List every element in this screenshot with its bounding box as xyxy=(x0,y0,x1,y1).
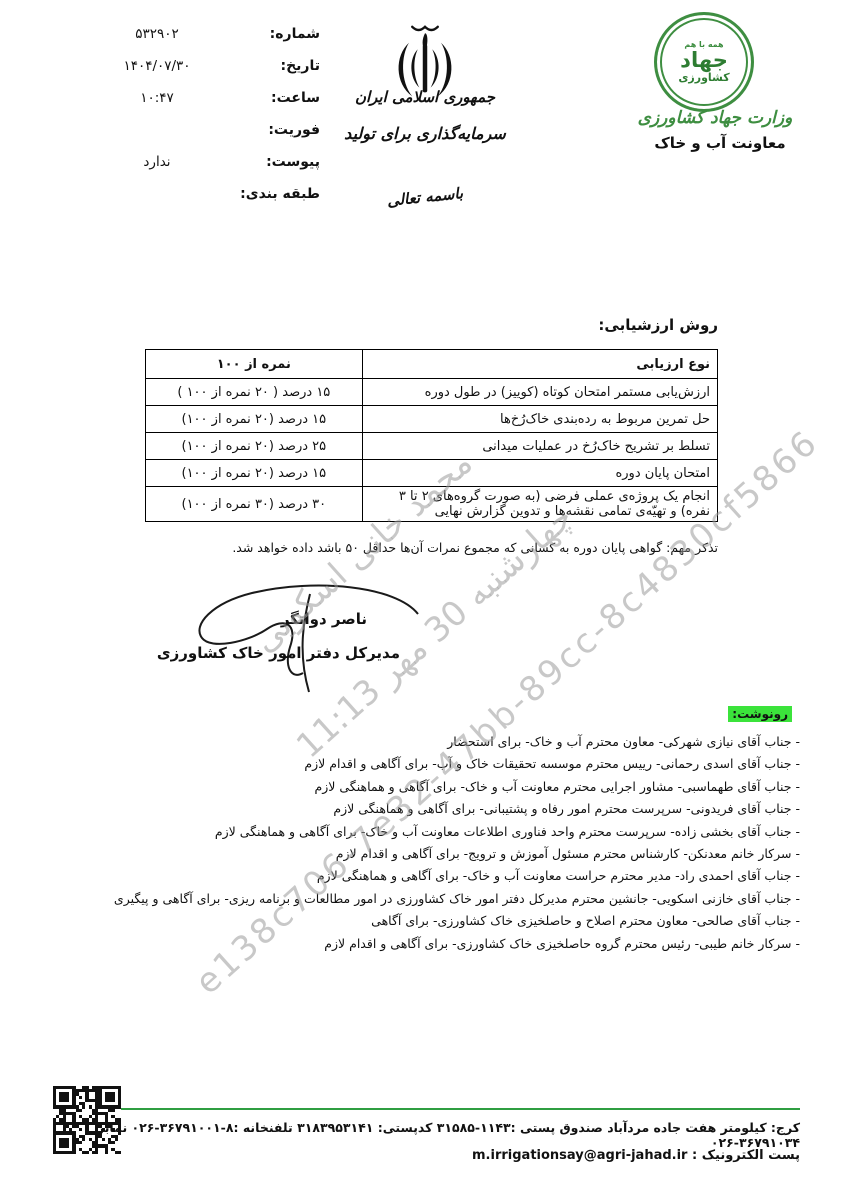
table-row: انجام یک پروژه‌ی عملی فرضی (به صورت گروه… xyxy=(146,487,718,522)
table-row: تسلط بر تشریح خاک‌رُخ در عملیات میدانی ۲… xyxy=(146,433,718,460)
cc-recipient: - سرکار خانم طیبی- رئیس محترم گروه حاصلخ… xyxy=(40,933,800,955)
year-slogan: سرمایه‌گذاری برای تولید xyxy=(320,124,530,143)
cell-evaluation-type: امتحان پایان دوره xyxy=(362,460,717,487)
important-note: تذکر مهم: گواهی پایان دوره به کسانی که م… xyxy=(232,540,718,555)
metadata-row: تاریخ: ۱۴۰۴/۰۷/۳۰ xyxy=(75,58,320,90)
table-row: حل تمرین مربوط به رده‌بندی خاک‌رُخ‌ها ۱۵… xyxy=(146,406,718,433)
cell-score: ۱۵ درصد (۲۰ نمره از ۱۰۰) xyxy=(146,460,363,487)
metadata-value xyxy=(82,122,232,154)
cc-recipient: - جناب آقای بخشی زاده- سرپرست محترم واحد… xyxy=(40,821,800,843)
metadata-label: ساعت: xyxy=(232,90,320,122)
metadata-label: طبقه بندی: xyxy=(232,186,320,218)
evaluation-table: نوع ارزیابی نمره از ۱۰۰ ارزش‌یابی مستمر … xyxy=(145,349,718,522)
metadata-label: شماره: xyxy=(232,26,320,58)
table-row: امتحان پایان دوره ۱۵ درصد (۲۰ نمره از ۱۰… xyxy=(146,460,718,487)
deputy-name: معاونت آب و خاک xyxy=(640,134,800,152)
header-score: نمره از ۱۰۰ xyxy=(146,350,363,379)
table-row: ارزش‌یابی مستمر امتحان کوتاه (کوییز) در … xyxy=(146,379,718,406)
metadata-value: ندارد xyxy=(82,154,232,186)
cc-recipient: - جناب آقای نیازی شهرکی- معاون محترم آب … xyxy=(40,731,800,753)
logo-word-agriculture: کشاورزی xyxy=(678,71,729,84)
footer-divider xyxy=(115,1108,800,1110)
cell-evaluation-type: حل تمرین مربوط به رده‌بندی خاک‌رُخ‌ها xyxy=(362,406,717,433)
metadata-row: فوریت: xyxy=(75,122,320,154)
cell-score: ۲۵ درصد (۲۰ نمره از ۱۰۰) xyxy=(146,433,363,460)
cell-evaluation-type: انجام یک پروژه‌ی عملی فرضی (به صورت گروه… xyxy=(362,487,717,522)
cc-label: رونوشت: xyxy=(728,706,792,722)
metadata-value xyxy=(82,186,232,218)
metadata-label: تاریخ: xyxy=(232,58,320,90)
section-heading: روش ارزشیابی: xyxy=(598,316,718,334)
footer-email-line: پست الکترونیک : m.irrigationsay@agri-jah… xyxy=(472,1148,800,1163)
email-label: پست الکترونیک : xyxy=(692,1148,800,1163)
metadata-row: شماره: ۵۳۲۹۰۲ xyxy=(75,26,320,58)
table-header-row: نوع ارزیابی نمره از ۱۰۰ xyxy=(146,350,718,379)
email-address: m.irrigationsay@agri-jahad.ir xyxy=(472,1148,687,1163)
cc-recipient: - جناب آقای احمدی راد- مدیر محترم حراست … xyxy=(40,865,800,887)
logo-word-jihad: جهاد xyxy=(680,49,728,71)
basmala-text: باسمه تعالی xyxy=(369,182,480,211)
metadata-row: طبقه بندی: xyxy=(75,186,320,218)
cell-score: ۳۰ درصد (۳۰ نمره از ۱۰۰) xyxy=(146,487,363,522)
cell-score: ۱۵ درصد ( ۲۰ نمره از ۱۰۰ ) xyxy=(146,379,363,406)
metadata-label: پیوست: xyxy=(232,154,320,186)
cc-list: - جناب آقای نیازی شهرکی- معاون محترم آب … xyxy=(40,731,800,955)
ministry-name: وزارت جهاد کشاورزی xyxy=(618,108,812,128)
metadata-value: ۵۳۲۹۰۲ xyxy=(82,26,232,58)
header-evaluation-type: نوع ارزیابی xyxy=(362,350,717,379)
cc-recipient: - جناب آقای فریدونی- سرپرست محترم امور ر… xyxy=(40,798,800,820)
metadata-value: ۱۴۰۴/۰۷/۳۰ xyxy=(82,58,232,90)
cell-evaluation-type: ارزش‌یابی مستمر امتحان کوتاه (کوییز) در … xyxy=(362,379,717,406)
jihad-keshavarzi-logo-icon: همه با هم جهاد کشاورزی xyxy=(654,12,754,112)
metadata-value: ۱۰:۴۷ xyxy=(82,90,232,122)
letter-page: شماره: ۵۳۲۹۰۲ تاریخ: ۱۴۰۴/۰۷/۳۰ ساعت: ۱۰… xyxy=(0,0,849,1200)
cc-recipient: - جناب آقای اسدی رحمانی- رییس محترم موسس… xyxy=(40,753,800,775)
document-metadata: شماره: ۵۳۲۹۰۲ تاریخ: ۱۴۰۴/۰۷/۳۰ ساعت: ۱۰… xyxy=(75,26,320,218)
signer-name: ناصر دواتگر xyxy=(281,610,367,628)
cc-recipient: - جناب آقای صالحی- معاون محترم اصلاح و ح… xyxy=(40,910,800,932)
metadata-label: فوریت: xyxy=(232,122,320,154)
cell-evaluation-type: تسلط بر تشریح خاک‌رُخ در عملیات میدانی xyxy=(362,433,717,460)
footer-address: کرج: کیلومتر هفت جاده مردآباد صندوق پستی… xyxy=(40,1120,800,1150)
metadata-row: ساعت: ۱۰:۴۷ xyxy=(75,90,320,122)
republic-title: جمهوری اسلامی ایران xyxy=(335,88,515,106)
signer-title: مدیرکل دفتر امور خاک کشاورزی xyxy=(157,644,400,662)
cc-recipient: - جناب آقای طهماسبی- مشاور اجرایی محترم … xyxy=(40,776,800,798)
cc-recipient: - سرکار خانم معدنکن- کارشناس محترم مسئول… xyxy=(40,843,800,865)
cc-recipient: - جناب آقای خازنی اسکویی- جانشین محترم م… xyxy=(40,888,800,910)
metadata-row: پیوست: ندارد xyxy=(75,154,320,186)
cell-score: ۱۵ درصد (۲۰ نمره از ۱۰۰) xyxy=(146,406,363,433)
